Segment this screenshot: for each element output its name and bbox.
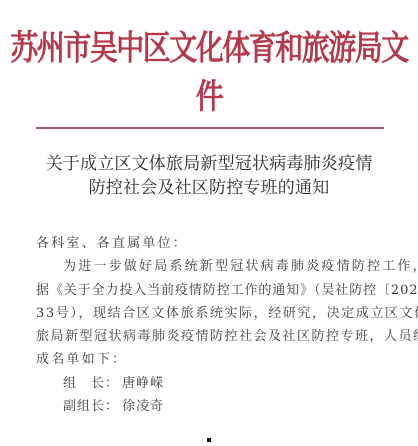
body-line: 成名单如下： xyxy=(36,348,382,371)
page-marker-dot xyxy=(207,438,211,442)
salutation: 各科室、各直属单位： xyxy=(36,232,382,255)
member-row-deputy-leader: 副组长： 徐凌奇 xyxy=(36,395,382,418)
body-line: 33号），现结合区文体旅系统实际，经研究，决定成立区文体 xyxy=(36,302,382,325)
notice-title-line-1: 关于成立区文体旅局新型冠状病毒肺炎疫情 xyxy=(0,152,418,176)
member-row-leader: 组 长： 唐峥嵘 xyxy=(36,372,382,395)
document-header-title: 苏州市吴中区文化体育和旅游局文件 xyxy=(0,24,418,122)
member-role: 组 长： xyxy=(63,372,117,395)
red-header-rule xyxy=(36,127,384,129)
body-line: 旅局新型冠状病毒肺炎疫情防控社会及社区防控专班，人员组 xyxy=(36,325,382,348)
notice-body: 各科室、各直属单位： 为进一步做好局系统新型冠状病毒肺炎疫情防控工作，根 据《关… xyxy=(36,232,382,418)
body-line: 为进一步做好局系统新型冠状病毒肺炎疫情防控工作，根 xyxy=(36,255,382,278)
member-name: 徐凌奇 xyxy=(122,399,164,414)
notice-title-line-2: 防控社会及社区防控专班的通知 xyxy=(0,176,418,200)
body-line: 据《关于全力投入当前疫情防控工作的通知》（吴社防控〔2021〕 xyxy=(36,279,382,302)
member-role: 副组长： xyxy=(63,395,117,418)
member-name: 唐峥嵘 xyxy=(122,376,164,391)
notice-title: 关于成立区文体旅局新型冠状病毒肺炎疫情 防控社会及社区防控专班的通知 xyxy=(0,152,418,200)
